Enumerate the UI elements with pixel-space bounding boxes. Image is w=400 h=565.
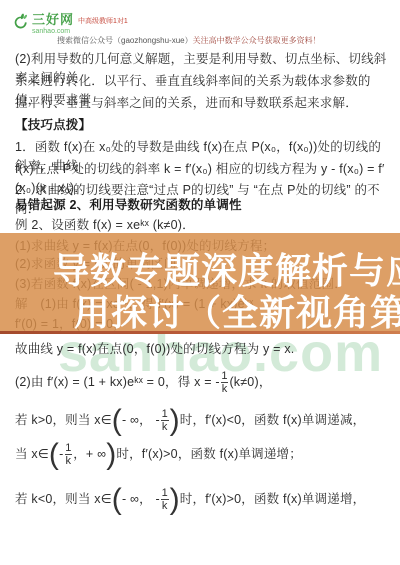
conclusion-tangent: 故曲线 y = f(x)在点(0，f(0))处的切线方程为 y = x. — [15, 340, 390, 359]
fraction: 1k — [161, 408, 169, 433]
fraction: 1k — [161, 487, 169, 512]
brand-domain: sanhao.com — [32, 28, 74, 35]
fraction: 1k — [221, 370, 229, 395]
brand-name: 三好网 — [32, 13, 74, 26]
wechat-notice: 搜索微信公众号（gaozhongshu-xue）关注高中数学公众号获取更多资料！ — [57, 35, 321, 46]
math-derivative-zero: (2)由 f′(x) = (1 + kx)eᵏˣ = 0，得 x = - 1k(… — [15, 370, 390, 395]
ad-title-line2: 用探讨（全新视角第2 — [74, 285, 400, 334]
fraction: 1k — [65, 442, 73, 467]
heading-error-origin: 易错起源 2、利用导数研究函数的单调性 — [15, 196, 390, 215]
wechat-notice-prefix: 搜索微信公众号（gaozhongshu-xue） — [57, 36, 193, 45]
document-page: sanhao.com 三好网 sanhao.com 中高级教师1对1 搜索微信公… — [0, 0, 400, 565]
heading-tips: 【技巧点拨】 — [15, 116, 390, 135]
paragraph-geometry-line3: 握平行、垂直与斜率之间的关系，进而和导数联系起来求解． — [15, 94, 390, 113]
math-case-k-positive-decreasing: 若 k>0，则当 x∈( - ∞， - 1k)时，f′(x)<0，函数 f(x)… — [15, 408, 390, 433]
math-case-k-positive-increasing: 当 x∈( - 1k，+ ∞)时，f′(x)>0，函数 f(x)单调递增； — [15, 442, 390, 467]
math-case-k-negative-increasing: 若 k<0，则当 x∈( - ∞， - 1k)时，f′(x)>0，函数 f(x)… — [15, 487, 390, 512]
rabbit-logo-icon — [13, 13, 30, 30]
ad-overlay-banner[interactable]: 导数专题深度解析与应 用探讨（全新视角第2 — [0, 233, 400, 334]
wechat-notice-suffix: 关注高中数学公众号获取更多资料！ — [193, 36, 321, 45]
sanhao-logo[interactable]: 三好网 sanhao.com 中高级教师1对1 — [13, 13, 128, 35]
brand-tagline: 中高级教师1对1 — [78, 16, 128, 26]
